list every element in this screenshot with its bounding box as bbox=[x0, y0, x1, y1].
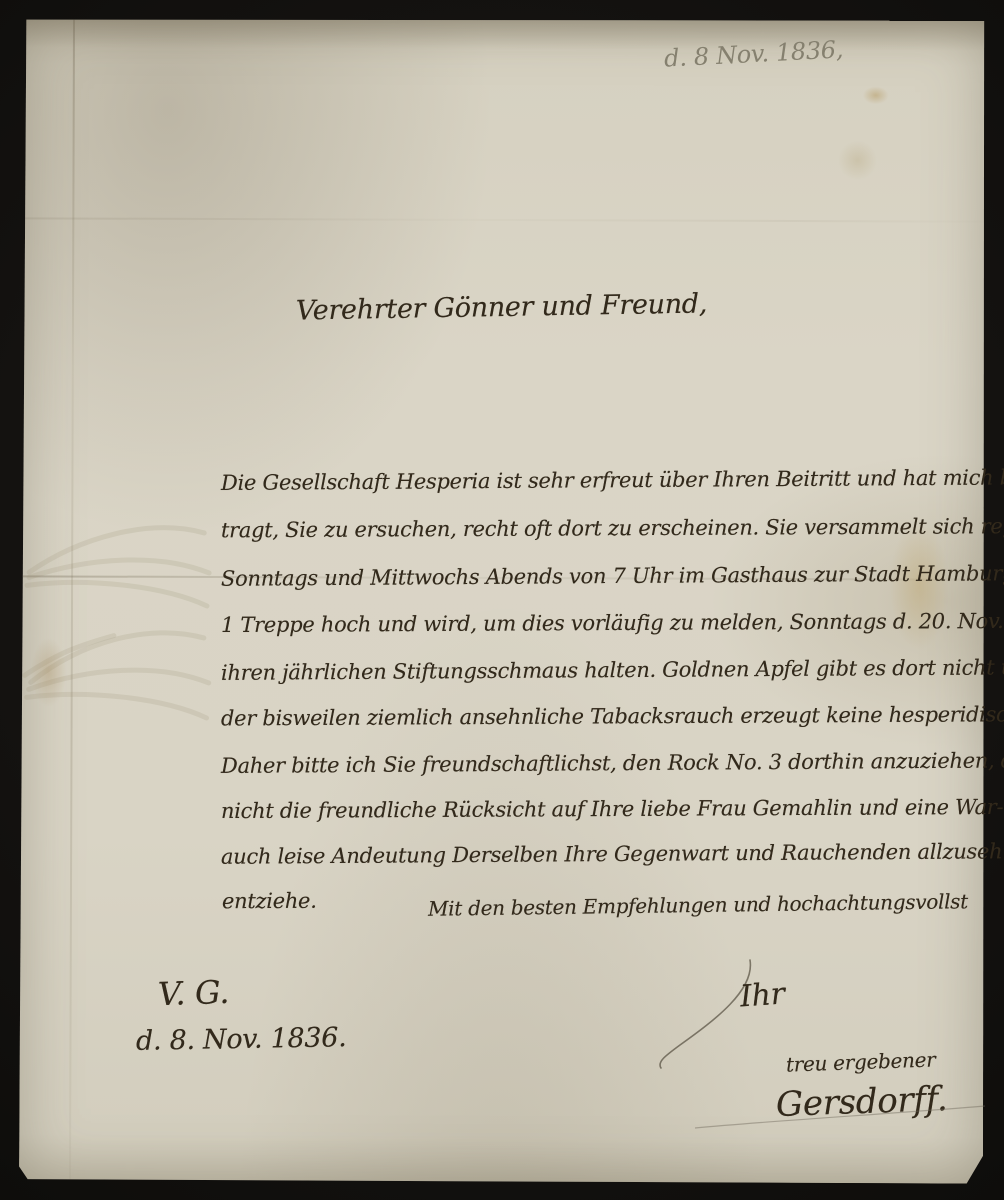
body-line: nicht die freundliche Rücksicht auf Ihre… bbox=[221, 795, 1003, 823]
signature-name: Gersdorff. bbox=[775, 1079, 948, 1125]
body-line: 1 Treppe hoch und wird, um dies vorläufi… bbox=[221, 609, 1004, 637]
signature-valediction: Ihr bbox=[739, 976, 786, 1014]
body-line: entziehe. bbox=[222, 889, 317, 913]
docket-initials: V. G. bbox=[157, 973, 229, 1013]
fox-stain bbox=[837, 140, 877, 180]
scanned-letter-page: { "document": { "kind": "handwritten let… bbox=[0, 0, 1004, 1200]
body-line: der bisweilen ziemlich ansehnliche Tabac… bbox=[221, 702, 1004, 731]
horizontal-fold-crease-upper bbox=[22, 217, 986, 222]
fox-stain bbox=[863, 86, 889, 104]
docket-date: d. 8. Nov. 1836. bbox=[136, 1022, 347, 1057]
body-line: tragt, Sie zu ersuchen, recht oft dort z… bbox=[221, 514, 1004, 543]
embossed-fan-watermark bbox=[19, 477, 220, 738]
